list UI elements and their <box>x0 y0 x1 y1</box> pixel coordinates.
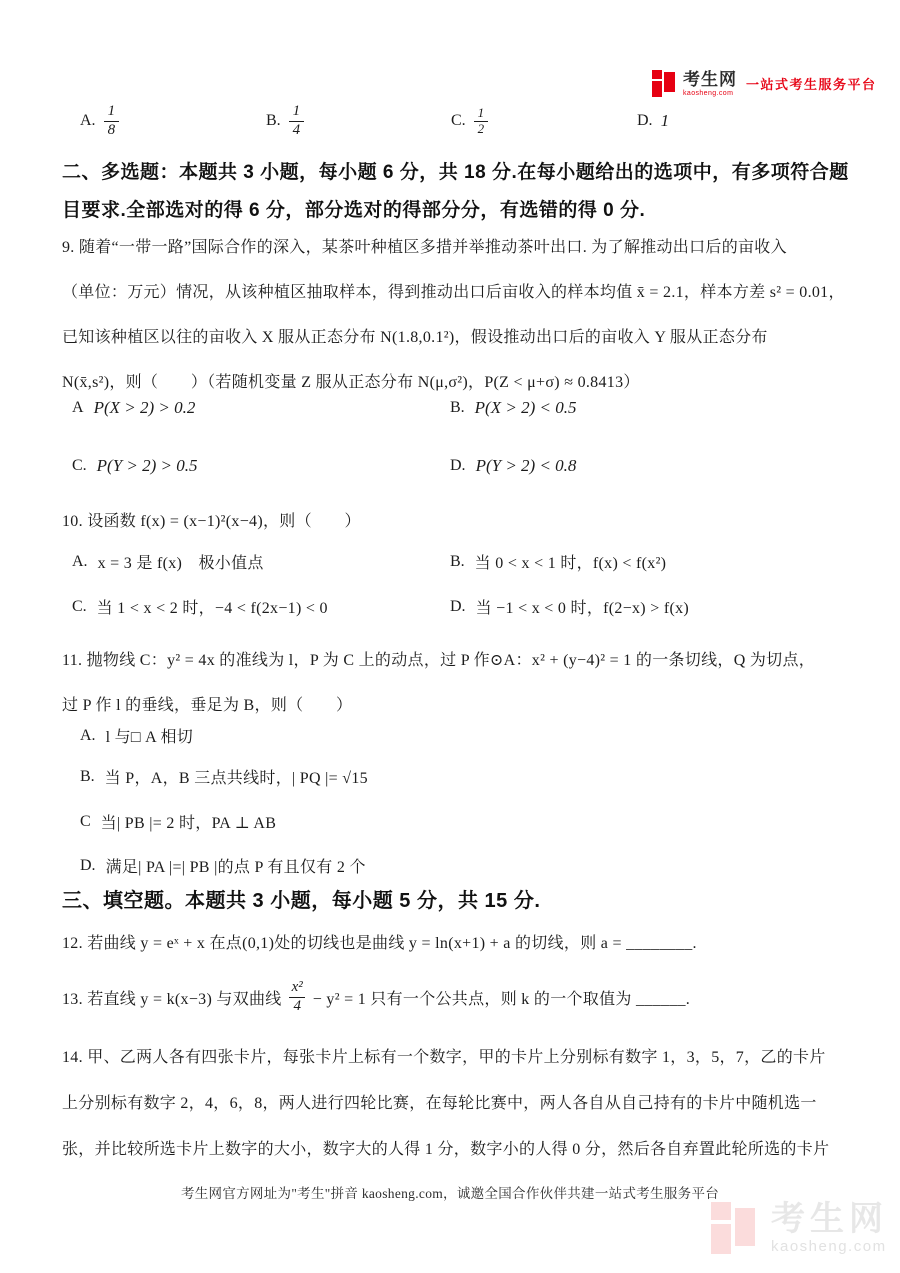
watermark-text: 考生网 kaosheng.com <box>771 1202 888 1254</box>
section2-heading-line2: 目要求.全部选对的得 6 分，部分选对的得部分分，有选错的得 0 分. <box>62 195 645 222</box>
option-text: P(X > 2) < 0.5 <box>475 398 577 418</box>
fraction-numerator: 1 <box>104 103 120 120</box>
q9-options-row2: C. P(Y > 2) > 0.5 D. P(Y > 2) < 0.8 <box>72 456 828 476</box>
option-label: C <box>80 813 91 831</box>
fraction-numerator: x² <box>288 979 307 996</box>
q13-segment2: − y² = 1 只有一个公共点，则 k 的一个取值为 ______. <box>313 986 690 1009</box>
logo-block <box>711 1224 731 1254</box>
fraction-denominator: 4 <box>289 121 305 139</box>
q9-option-a: A P(X > 2) > 0.2 <box>72 398 450 418</box>
q8-option-b: B. 1 4 <box>266 98 304 144</box>
q9-option-d: D. P(Y > 2) < 0.8 <box>450 456 828 476</box>
watermark-logo-icon <box>711 1202 763 1256</box>
q11-option-c: C 当| PB |= 2 时，PA ⊥ AB <box>80 810 276 833</box>
kaosheng-logo-icon <box>652 70 678 97</box>
option-label: B. <box>450 399 465 417</box>
q11-line2: 过 P 作 l 的垂线，垂足为 B，则（ ） <box>62 692 352 715</box>
q11-line1: 11. 抛物线 C：y² = 4x 的准线为 l，P 为 C 上的动点，过 P … <box>62 647 815 670</box>
logo-site-domain: kaosheng.com <box>683 90 737 97</box>
q10-option-b: B. 当 0 < x < 1 时，f(x) < f(x²) <box>450 550 828 573</box>
q9-options-row1: A P(X > 2) > 0.2 B. P(X > 2) < 0.5 <box>72 398 828 418</box>
option-text: 当 1 < x < 2 时，−4 < f(2x−1) < 0 <box>97 595 328 618</box>
q13-segment1: 13. 若直线 y = k(x−3) 与双曲线 <box>62 986 282 1009</box>
footer-text: 考生网官方网址为"考生"拼音 kaosheng.com，诚邀全国合作伙伴共建一站… <box>0 1182 900 1202</box>
option-label: C. <box>72 598 87 616</box>
option-label: A. <box>80 112 96 130</box>
option-text: 当 P，A，B 三点共线时，| PQ |= √15 <box>105 765 368 788</box>
fraction: 1 8 <box>104 103 120 139</box>
q10-option-d: D. 当 −1 < x < 0 时，f(2−x) > f(x) <box>450 595 828 618</box>
option-value: 1 <box>661 111 670 131</box>
option-label: C. <box>72 457 87 475</box>
logo-block <box>664 72 675 92</box>
option-label: D. <box>450 457 466 475</box>
q9-line3: 已知该种植区以往的亩收入 X 服从正态分布 N(1.8,0.1²)，假设推动出口… <box>62 324 768 347</box>
option-text: 当 −1 < x < 0 时，f(2−x) > f(x) <box>476 595 690 618</box>
option-label: B. <box>80 768 95 786</box>
logo-block <box>652 81 662 97</box>
q13-text: 13. 若直线 y = k(x−3) 与双曲线 x² 4 − y² = 1 只有… <box>62 970 690 1024</box>
kaosheng-watermark: 考生网 kaosheng.com <box>711 1202 888 1256</box>
section2-heading-line1: 二、多选题：本题共 3 小题，每小题 6 分，共 18 分.在每小题给出的选项中… <box>62 157 849 184</box>
option-label: A. <box>80 727 96 745</box>
q10-option-a: A. x = 3 是 f(x) 极小值点 <box>72 550 450 573</box>
fraction: 1 2 <box>474 106 489 137</box>
option-text: P(Y > 2) > 0.5 <box>97 456 198 476</box>
q10-option-c: C. 当 1 < x < 2 时，−4 < f(2x−1) < 0 <box>72 595 450 618</box>
option-label: C. <box>451 112 466 130</box>
option-label: A <box>72 399 84 417</box>
option-text: P(Y > 2) < 0.8 <box>476 456 577 476</box>
fraction: x² 4 <box>288 979 307 1015</box>
q10-options-row2: C. 当 1 < x < 2 时，−4 < f(2x−1) < 0 D. 当 −… <box>72 595 828 618</box>
logo-tagline: 一站式考生服务平台 <box>746 74 877 93</box>
q11-option-a: A. l 与□ A 相切 <box>80 724 193 747</box>
option-text: l 与□ A 相切 <box>106 724 193 747</box>
q9-line1: 9. 随着“一带一路”国际合作的深入，某茶叶种植区多措并举推动茶叶出口. 为了解… <box>62 234 787 257</box>
option-text: 当 0 < x < 1 时，f(x) < f(x²) <box>475 550 667 573</box>
logo-block <box>735 1208 755 1246</box>
q11-option-b: B. 当 P，A，B 三点共线时，| PQ |= √15 <box>80 765 368 788</box>
fraction-denominator: 8 <box>104 121 120 139</box>
fraction-denominator: 2 <box>474 121 489 137</box>
option-text: 当| PB |= 2 时，PA ⊥ AB <box>101 810 277 833</box>
option-label: B. <box>266 112 281 130</box>
fraction-denominator: 4 <box>289 997 305 1015</box>
q14-line2: 上分别标有数字 2，4，6，8，两人进行四轮比赛，在每轮比赛中，两人各自从自己持… <box>62 1090 817 1113</box>
option-text: P(X > 2) > 0.2 <box>94 398 196 418</box>
q8-option-c: C. 1 2 <box>451 98 488 144</box>
q9-option-b: B. P(X > 2) < 0.5 <box>450 398 828 418</box>
q12-text: 12. 若曲线 y = eˣ + x 在点(0,1)处的切线也是曲线 y = l… <box>62 930 697 953</box>
watermark-site-name: 考生网 <box>771 1202 888 1236</box>
logo-text: 考生网 kaosheng.com <box>683 71 737 97</box>
q11-option-d: D. 满足| PA |=| PB |的点 P 有且仅有 2 个 <box>80 854 366 877</box>
logo-block <box>652 70 662 79</box>
option-label: D. <box>80 857 96 875</box>
exam-paper-page: 考生网 kaosheng.com 一站式考生服务平台 A. 1 8 B. 1 4… <box>0 0 900 1273</box>
q14-line3: 张，并比较所选卡片上数字的大小，数字大的人得 1 分，数字小的人得 0 分，然后… <box>62 1136 829 1159</box>
q14-line1: 14. 甲、乙两人各有四张卡片，每张卡片上标有一个数字，甲的卡片上分别标有数字 … <box>62 1044 826 1067</box>
option-label: A. <box>72 553 88 571</box>
q8-option-a: A. 1 8 <box>80 98 119 144</box>
option-text: x = 3 是 f(x) 极小值点 <box>98 550 264 573</box>
q10-options-row1: A. x = 3 是 f(x) 极小值点 B. 当 0 < x < 1 时，f(… <box>72 550 828 573</box>
logo-block <box>711 1202 731 1220</box>
fraction-numerator: 1 <box>289 103 305 120</box>
section3-heading: 三、填空题。本题共 3 小题，每小题 5 分，共 15 分. <box>62 884 540 913</box>
option-text: 满足| PA |=| PB |的点 P 有且仅有 2 个 <box>106 854 366 877</box>
q8-option-d: D. 1 <box>637 98 669 144</box>
q9-option-c: C. P(Y > 2) > 0.5 <box>72 456 450 476</box>
fraction-numerator: 1 <box>474 106 489 121</box>
q9-line4: N(x̄,s²)，则（ ）（若随机变量 Z 服从正态分布 N(μ,σ²)，P(Z… <box>62 369 640 392</box>
kaosheng-logo: 考生网 kaosheng.com 一站式考生服务平台 <box>652 70 877 97</box>
option-label: D. <box>637 112 653 130</box>
fraction: 1 4 <box>289 103 305 139</box>
watermark-site-domain: kaosheng.com <box>771 1239 888 1254</box>
q10-stem: 10. 设函数 f(x) = (x−1)²(x−4)，则（ ） <box>62 508 361 531</box>
option-label: B. <box>450 553 465 571</box>
option-label: D. <box>450 598 466 616</box>
q9-line2: （单位：万元）情况，从该种植区抽取样本，得到推动出口后亩收入的样本均值 x̄ =… <box>62 279 845 302</box>
logo-site-name: 考生网 <box>683 71 737 88</box>
